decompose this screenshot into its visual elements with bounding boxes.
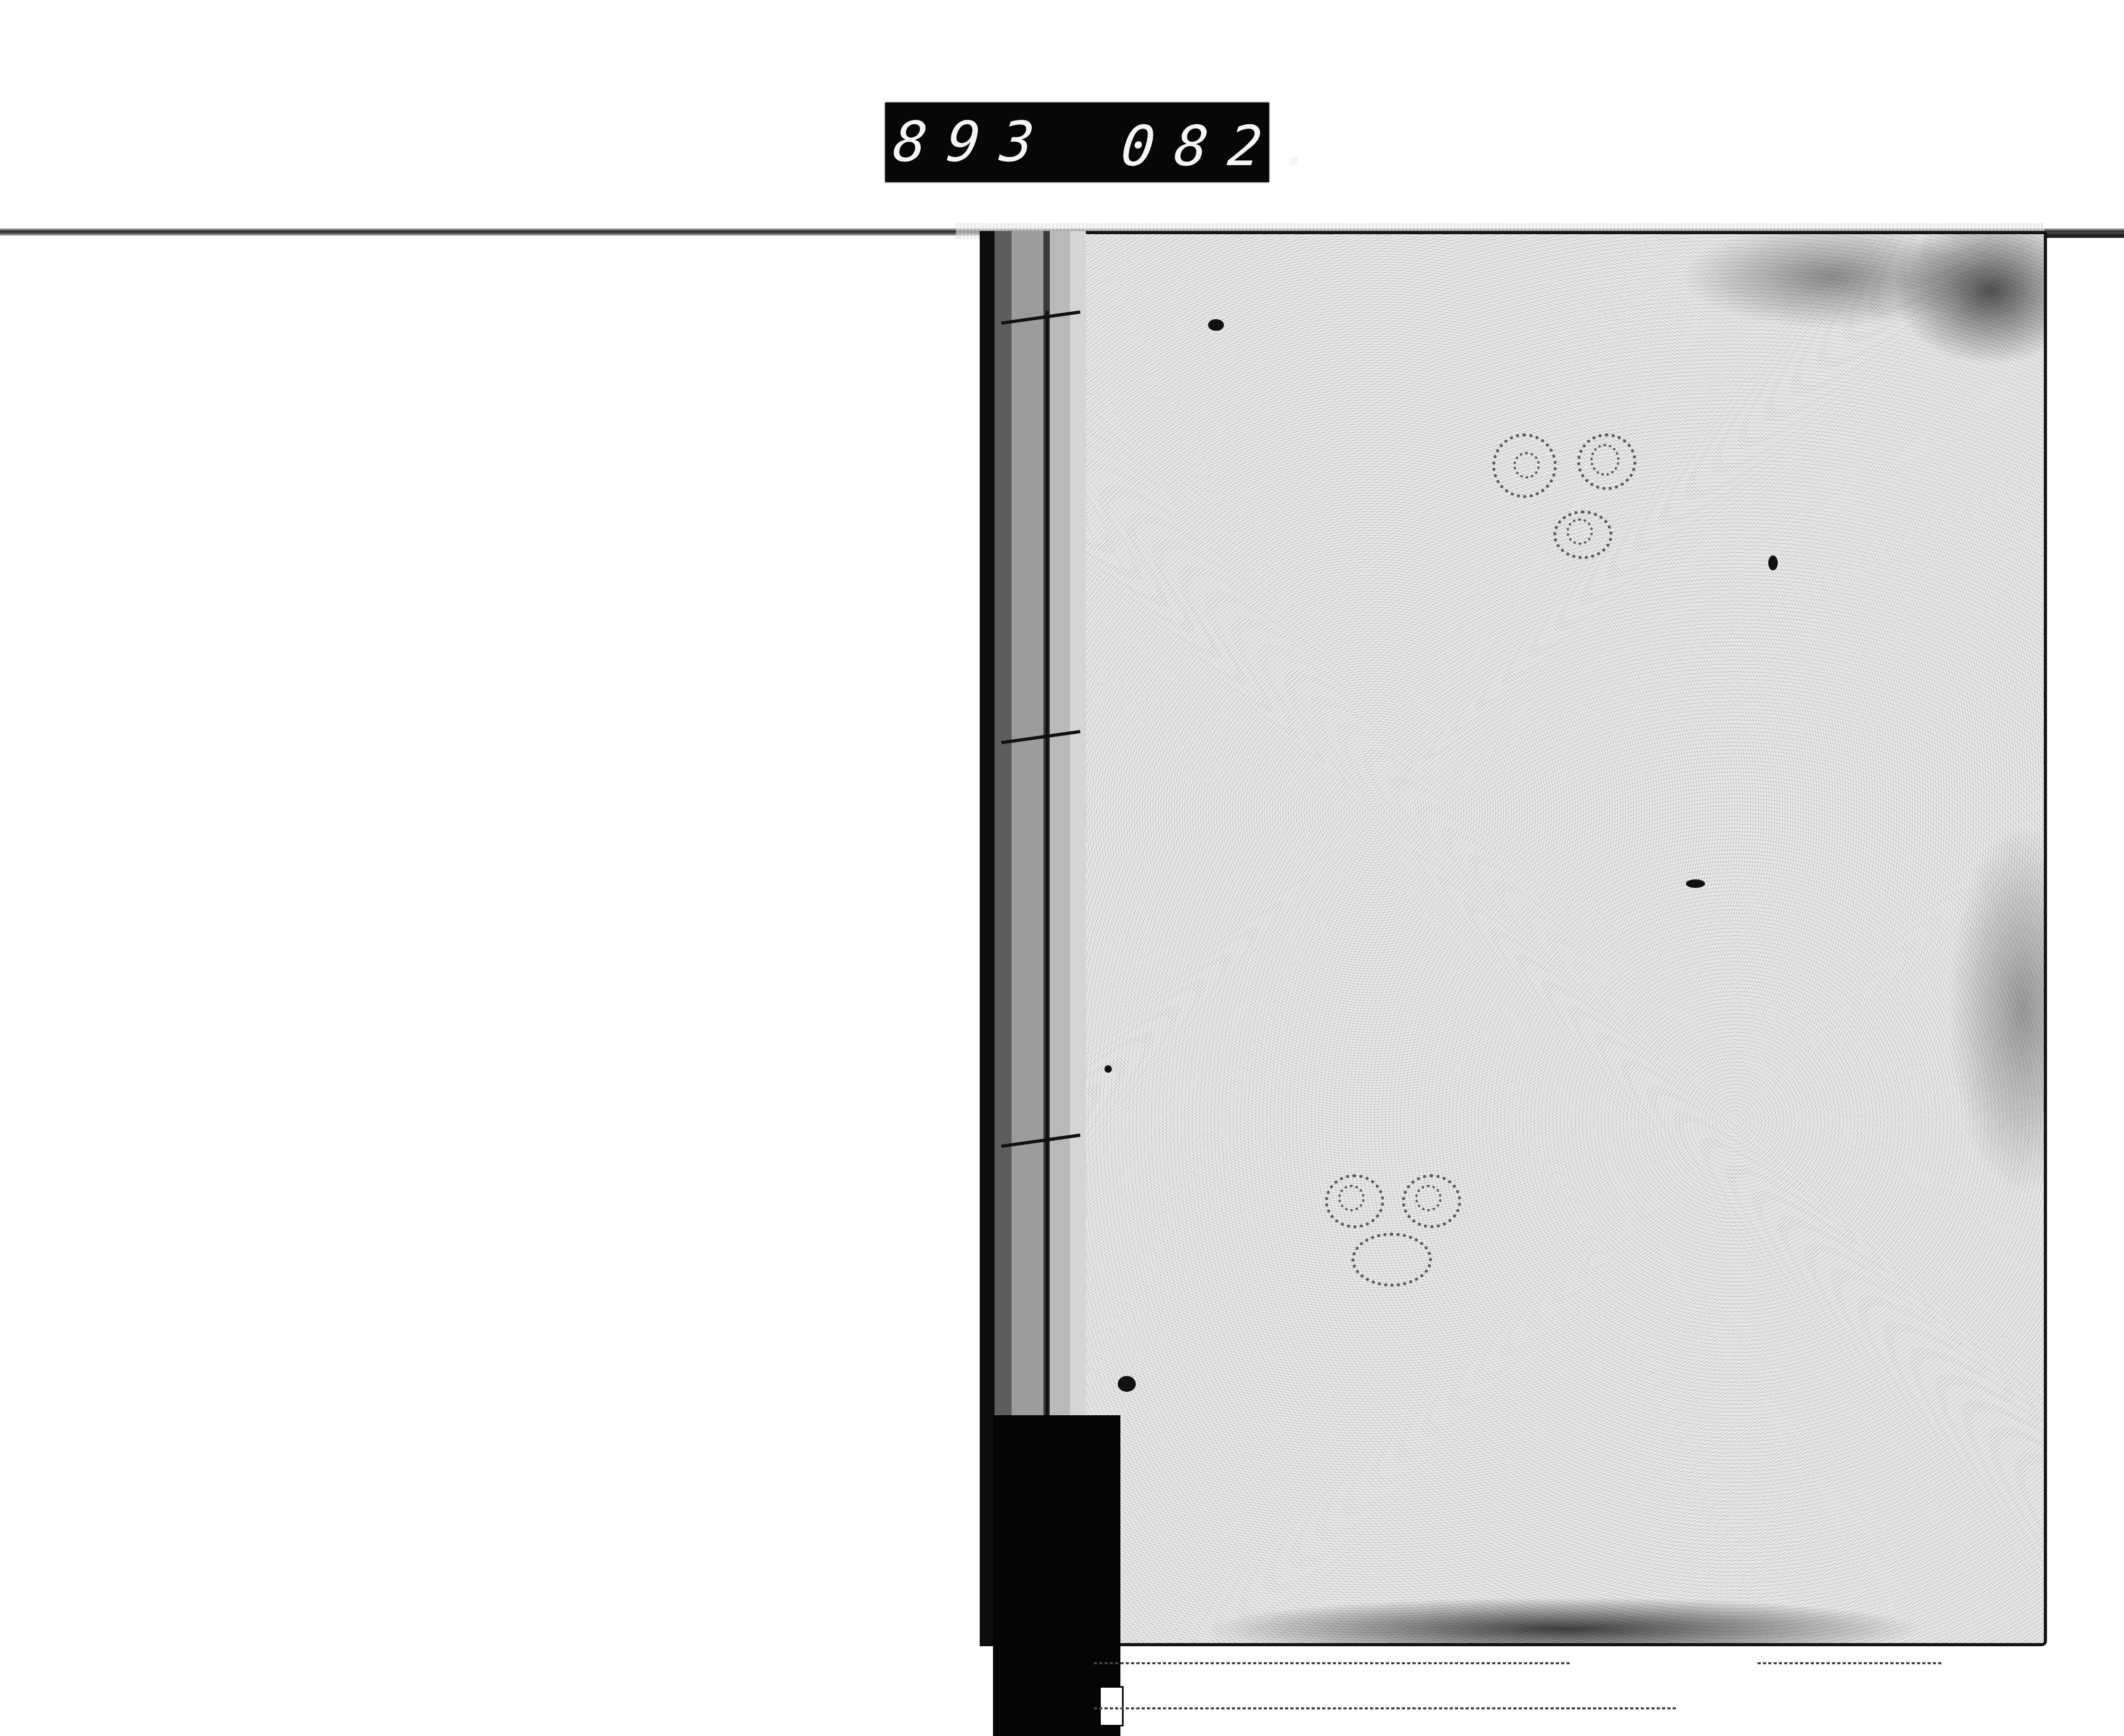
binding-thread <box>1046 311 1049 1569</box>
stain-speck <box>1208 319 1224 331</box>
book <box>980 231 2047 1654</box>
binding-stitch <box>1001 311 1080 325</box>
frame-counter-frame: 082. <box>1119 118 1338 174</box>
swirl-ornament <box>1566 518 1593 545</box>
artifact-line <box>1758 1662 1943 1664</box>
artifact-line <box>1094 1707 1678 1709</box>
swirl-ornament <box>1351 1233 1432 1287</box>
frame-counter-label: 893 082. <box>885 102 1269 182</box>
stain-speck <box>1768 555 1778 570</box>
swirl-ornament <box>1590 444 1620 476</box>
book-cover <box>980 231 2047 1646</box>
frame-counter-reel: 893 <box>891 114 1057 169</box>
binding-stitch <box>1001 730 1080 745</box>
swirl-ornament <box>1415 1185 1442 1211</box>
artifact-line <box>1094 1662 1572 1664</box>
swirl-ornament <box>1338 1185 1365 1211</box>
stain-speck <box>1118 1376 1136 1392</box>
scan-artifact-lines <box>1094 1657 2050 1731</box>
stain-speck <box>1686 879 1705 888</box>
swirl-ornament <box>1513 452 1540 478</box>
film-edge-right <box>2044 234 2124 238</box>
stain-speck <box>1104 1065 1112 1073</box>
binding-stitch <box>1001 1134 1080 1148</box>
